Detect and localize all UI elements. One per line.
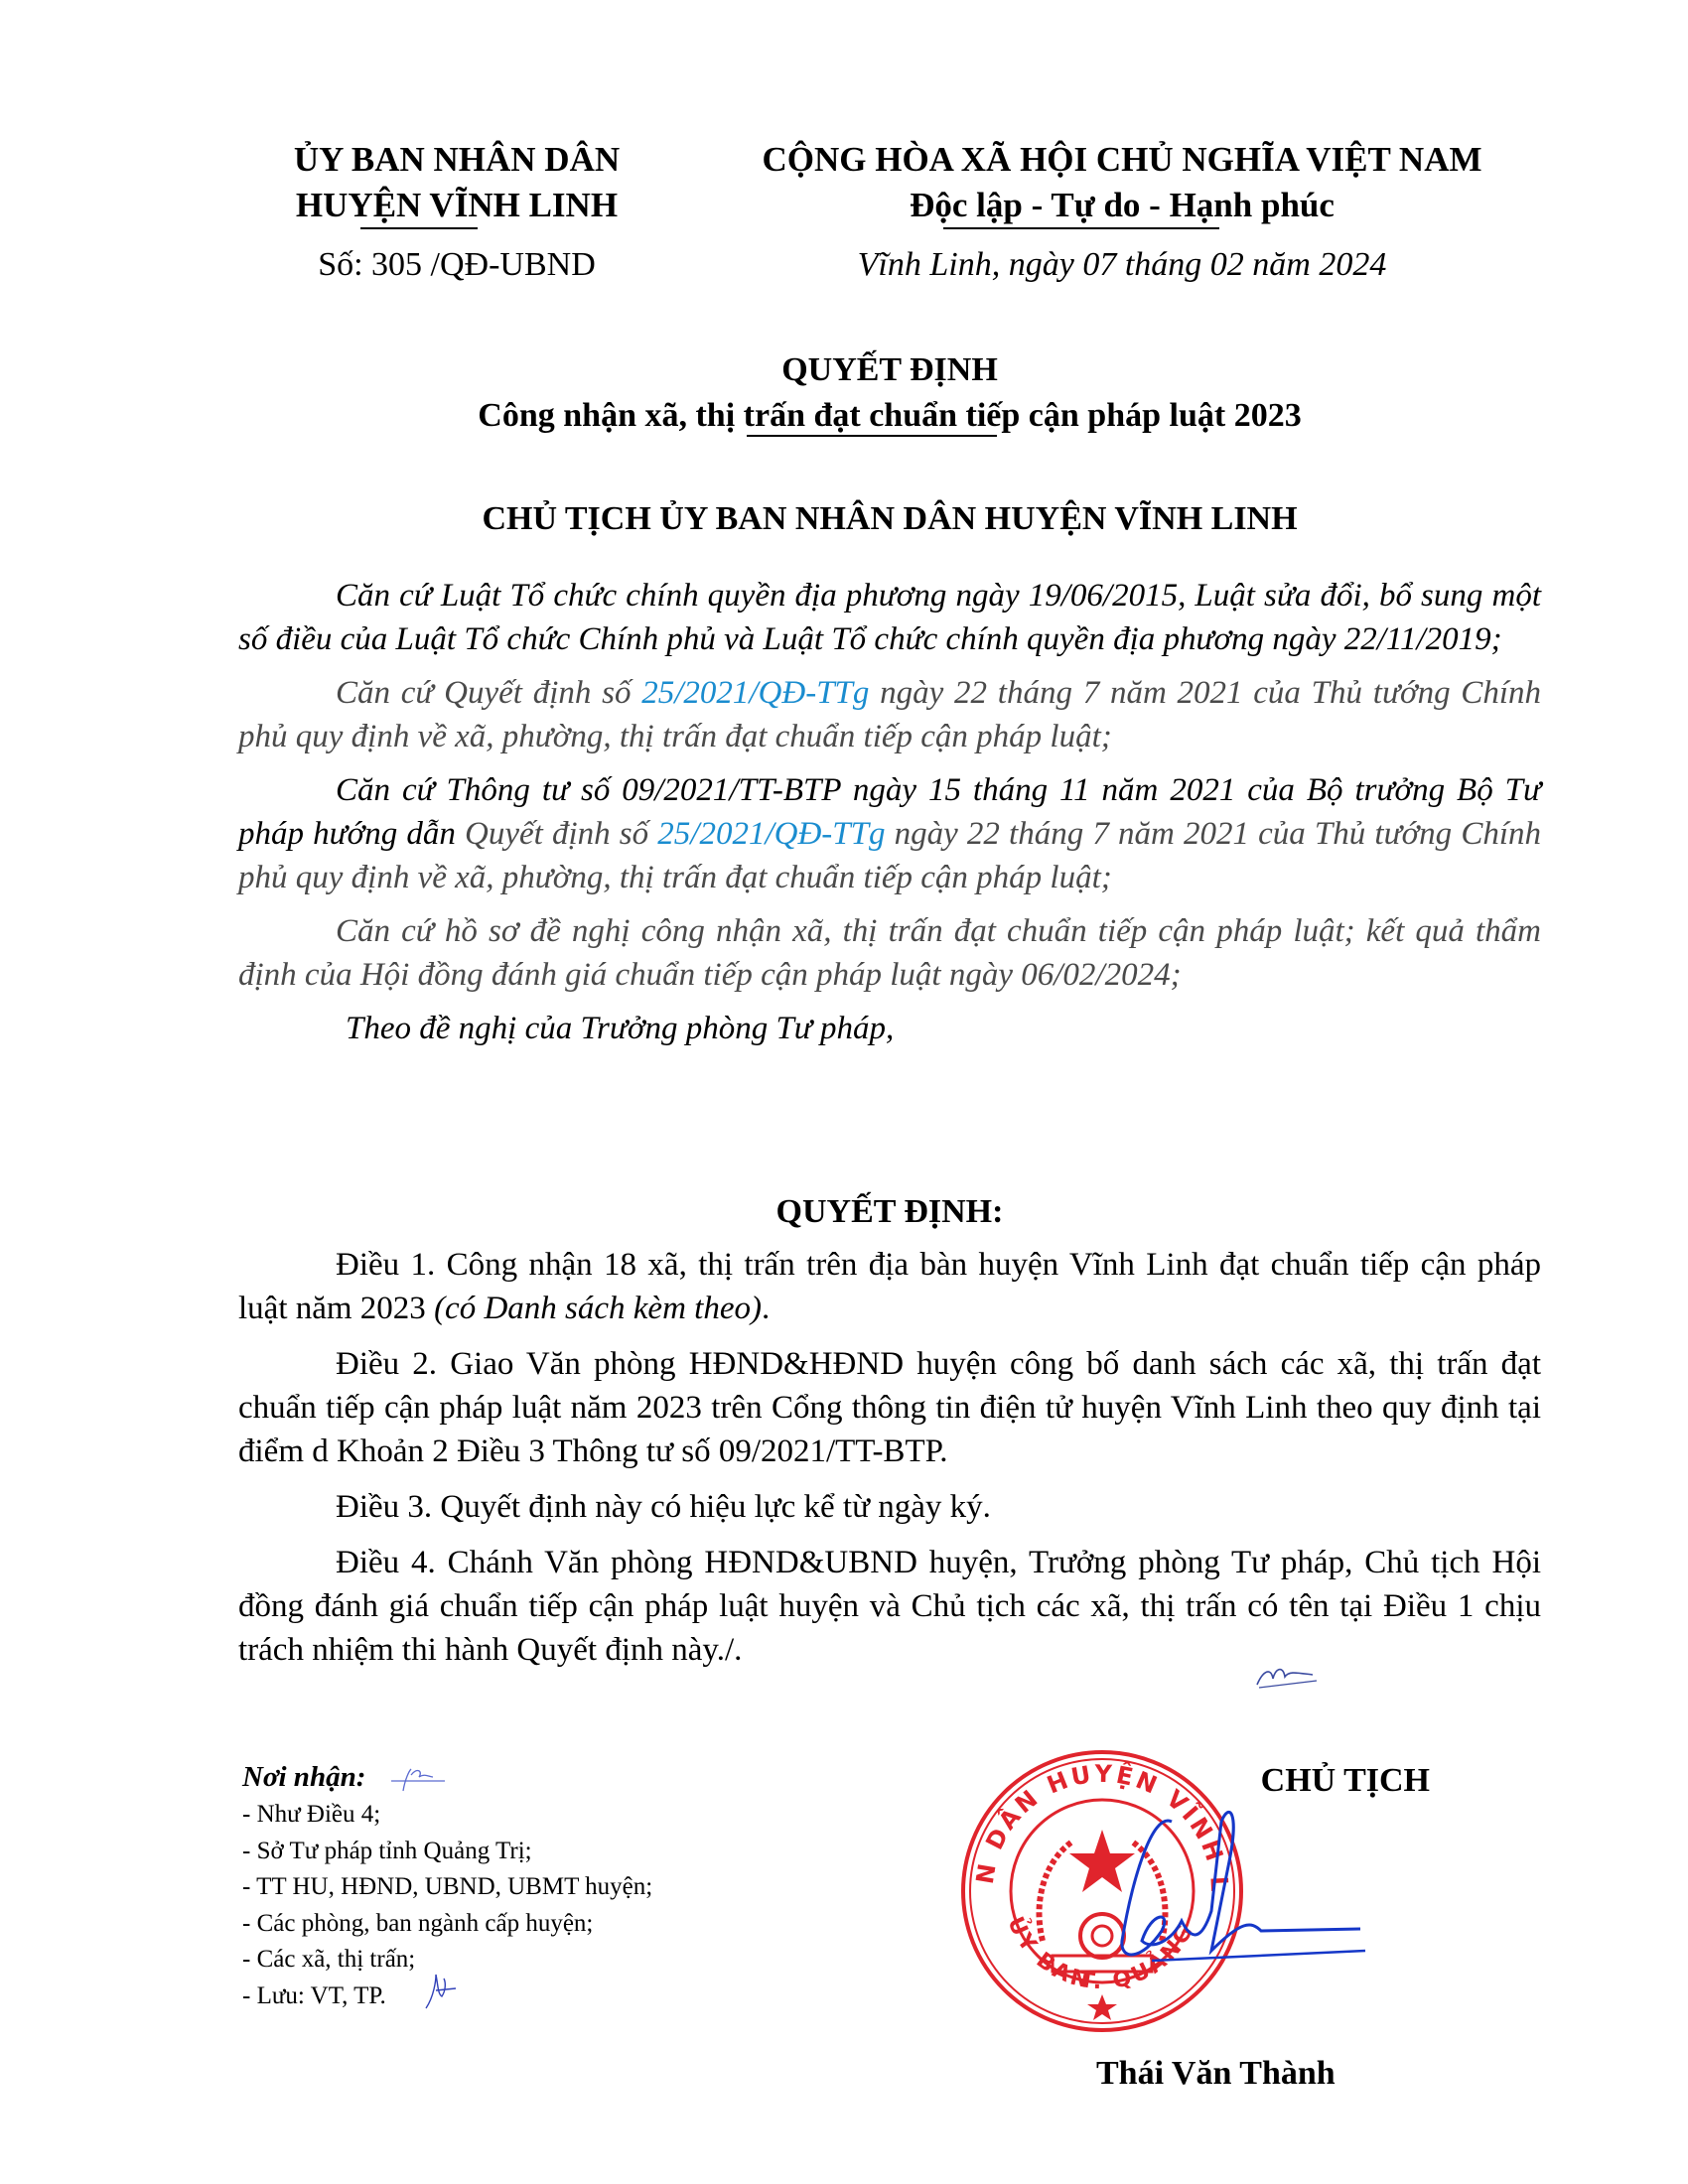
- preamble-basis-2: Căn cứ Quyết định số 25/2021/QĐ-TTg ngày…: [238, 671, 1541, 758]
- text: Quyết định số: [456, 816, 657, 852]
- signer-name: Thái Văn Thành: [1096, 2055, 1336, 2093]
- document-number: Số: 305 /QĐ-UBND: [238, 242, 675, 288]
- text: Căn cứ Quyết định số: [336, 675, 641, 711]
- articles: Điều 1. Công nhận 18 xã, thị trấn trên đ…: [238, 1243, 1541, 1672]
- issuing-authority: CHỦ TỊCH ỦY BAN NHÂN DÂN HUYỆN VĨNH LINH: [238, 496, 1541, 542]
- recipient-item: - Sở Tư pháp tỉnh Quảng Trị;: [242, 1834, 652, 1870]
- place-date: Vĩnh Linh, ngày 07 tháng 02 năm 2024: [715, 242, 1529, 288]
- preamble-basis-3: Căn cứ Thông tư số 09/2021/TT-BTP ngày 1…: [238, 768, 1541, 899]
- initials-icon: [389, 1765, 449, 1795]
- recipient-item: - Như Điều 4;: [242, 1797, 652, 1834]
- issuer-underline: [360, 227, 478, 229]
- national-motto: Độc lập - Tự do - Hạnh phúc: [715, 183, 1529, 228]
- issuer-line-2: HUYỆN VĨNH LINH: [238, 183, 675, 228]
- document-title: QUYẾT ĐỊNH: [238, 347, 1541, 393]
- preamble: Căn cứ Luật Tổ chức chính quyền địa phươ…: [238, 574, 1541, 1050]
- recipient-item: - Các phòng, ban ngành cấp huyện;: [242, 1906, 652, 1943]
- national-motto-block: CỘNG HÒA XÃ HỘI CHỦ NGHĨA VIỆT NAM Độc l…: [715, 137, 1529, 288]
- preamble-basis-1: Căn cứ Luật Tổ chức chính quyền địa phươ…: [238, 574, 1541, 661]
- decision-heading: QUYẾT ĐỊNH:: [238, 1189, 1541, 1235]
- motto-underline: [943, 227, 1219, 229]
- initials-icon: [1253, 1663, 1323, 1691]
- article-2: Điều 2. Giao Văn phòng HĐND&HĐND huyện c…: [238, 1342, 1541, 1473]
- issuer-line-1: ỦY BAN NHÂN DÂN: [238, 137, 675, 183]
- signature-icon: [1112, 1802, 1370, 1980]
- decision-link[interactable]: 25/2021/QĐ-TTg: [657, 816, 885, 852]
- decision-link[interactable]: 25/2021/QĐ-TTg: [641, 675, 869, 711]
- article-3: Điều 3. Quyết định này có hiệu lực kể từ…: [238, 1485, 1541, 1529]
- signature-block: NHÂN DÂN HUYỆN VĨNH LINH ỦY BAN T. QUẢNG…: [1043, 1762, 1460, 1800]
- document-subtitle: Công nhận xã, thị trấn đạt chuẩn tiếp cậ…: [238, 393, 1541, 439]
- signer-title: CHỦ TỊCH: [1043, 1762, 1460, 1800]
- preamble-basis-4: Căn cứ hồ sơ đề nghị công nhận xã, thị t…: [238, 909, 1541, 997]
- text: .: [762, 1291, 770, 1326]
- issuer-block: ỦY BAN NHÂN DÂN HUYỆN VĨNH LINH Số: 305 …: [238, 137, 675, 288]
- recipient-item: - TT HU, HĐND, UBND, UBMT huyện;: [242, 1869, 652, 1906]
- subtitle-underline: [747, 435, 997, 437]
- document-title-block: QUYẾT ĐỊNH Công nhận xã, thị trấn đạt ch…: [238, 347, 1541, 439]
- country-name: CỘNG HÒA XÃ HỘI CHỦ NGHĨA VIỆT NAM: [715, 137, 1529, 183]
- text: (có Danh sách kèm theo): [434, 1291, 762, 1326]
- article-4: Điều 4. Chánh Văn phòng HĐND&UBND huyện,…: [238, 1541, 1541, 1672]
- initials-icon: [422, 1971, 462, 2010]
- article-1: Điều 1. Công nhận 18 xã, thị trấn trên đ…: [238, 1243, 1541, 1330]
- preamble-proposal: Theo đề nghị của Trưởng phòng Tư pháp,: [238, 1007, 1541, 1050]
